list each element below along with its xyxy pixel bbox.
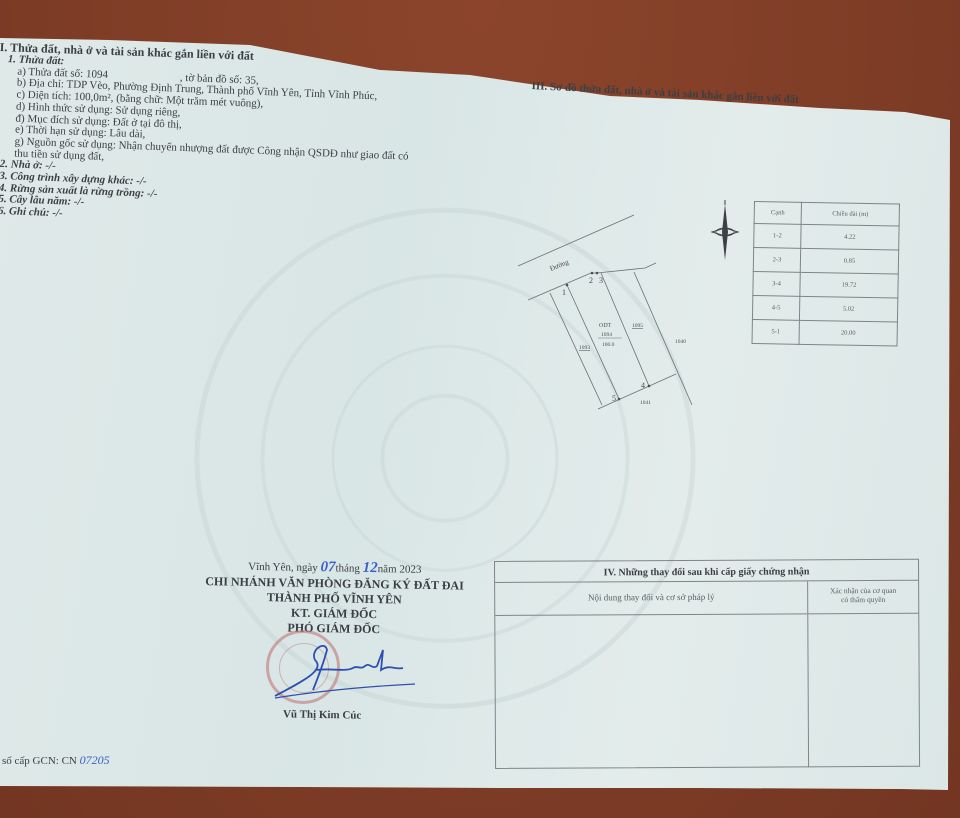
svg-text:2: 2 — [589, 276, 593, 285]
table-row: 2-30.85 — [753, 248, 898, 275]
authority-confirmation-header: Xác nhận của cơ quan có thẩm quyền — [808, 581, 918, 614]
road-label: Đường — [549, 258, 571, 273]
svg-text:1: 1 — [562, 288, 566, 297]
svg-text:1095: 1095 — [632, 323, 643, 329]
signer-name: Vũ Thị Kim Cúc — [283, 708, 362, 721]
land-type: ODT — [599, 323, 612, 329]
north-arrow-icon — [708, 200, 742, 264]
svg-text:1040: 1040 — [675, 339, 686, 345]
change-content-header: Nội dung thay đổi và cơ sở pháp lý — [495, 581, 808, 615]
section-1-content: 1. Thửa đất: a) Thửa đất số: 1094, tờ bả… — [0, 54, 412, 233]
edge-length-table: CạnhChiều dài (m) 1-24.22 2-30.85 3-419.… — [752, 201, 900, 347]
table-row: 5-120.00 — [752, 319, 897, 346]
svg-text:3: 3 — [599, 276, 603, 285]
svg-text:1093: 1093 — [579, 345, 590, 351]
signature-block: Vĩnh Yên, ngày 07tháng 12năm 2023 CHI NH… — [199, 557, 470, 639]
change-content-cell — [495, 614, 809, 769]
parcel-area-value: 100.0 — [602, 342, 615, 348]
svg-text:1041: 1041 — [640, 400, 651, 406]
parcel-sketch: Đường 1 2 3 4 5 ODT 1094 100.0 1093 1095… — [510, 210, 710, 410]
svg-text:4: 4 — [641, 381, 645, 390]
certificate-number: số cấp GCN: CN 07205 — [2, 753, 110, 768]
section-4-title: IV. Những thay đổi sau khi cấp giấy chứn… — [495, 560, 918, 583]
handwritten-signature — [265, 640, 425, 700]
table-row: 1-24.22 — [754, 224, 899, 251]
table-row: 3-419.72 — [753, 271, 898, 298]
table-row: 4-55.02 — [752, 295, 897, 322]
parcel-no: 1094 — [601, 332, 612, 338]
changes-table: IV. Những thay đổi sau khi cấp giấy chứn… — [494, 559, 920, 769]
svg-text:5: 5 — [612, 394, 616, 403]
